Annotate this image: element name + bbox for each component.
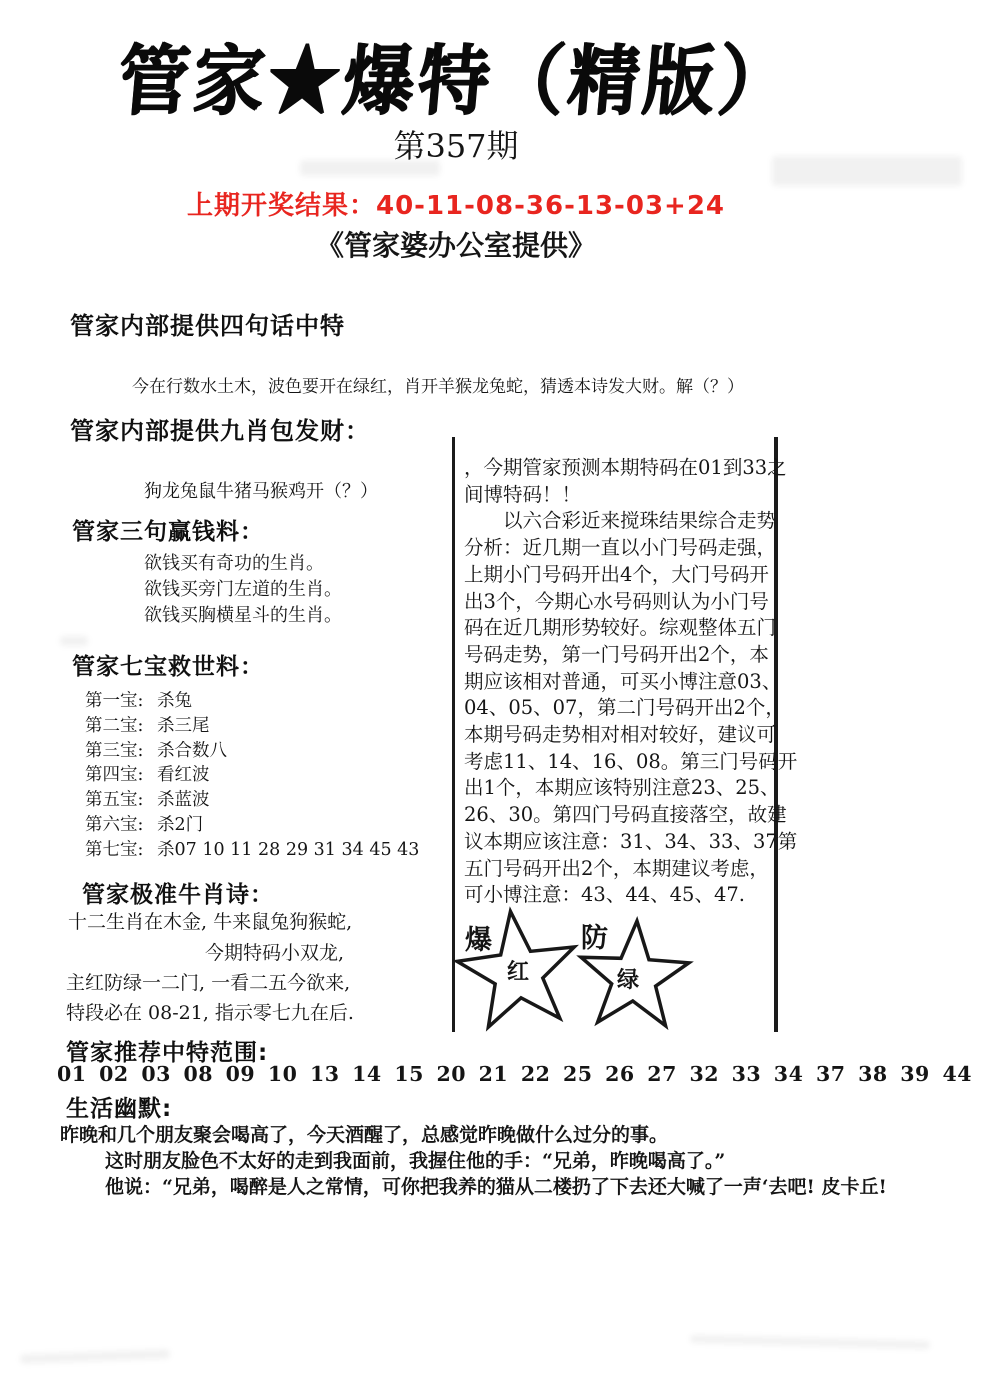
- nine-zodiac-line: 狗龙兔鼠牛猪马猴鸡开（？）: [144, 477, 378, 503]
- analysis-line: ，今期管家预测本期特码在01到33之: [464, 455, 770, 482]
- analysis-line: 26、30。第四门号码直接落空，故建: [464, 802, 770, 829]
- treasure-value: 杀2门: [157, 815, 203, 835]
- three-win-line: 欲钱买旁门左道的生肖。: [144, 577, 342, 603]
- analysis-line: 出3个，今期心水号码则认为小门号: [464, 589, 770, 616]
- analysis-line: 04、05、07，第二门号码开出2个，: [464, 695, 770, 722]
- treasure-label: 第二宝:: [85, 714, 157, 739]
- humor-lines: 昨晚和几个朋友聚会喝高了，今天酒醒了，总感觉昨晚做什么过分的事。这时朋友脸色不太…: [60, 1122, 887, 1200]
- ox-poem-line: 今期特码小双龙,: [205, 938, 344, 965]
- treasure-label: 第三宝:: [85, 739, 157, 764]
- section-heading-four-sentence: 管家内部提供四句话中特: [70, 306, 345, 341]
- treasure-label: 第六宝:: [85, 813, 157, 838]
- ox-poem-line: 特段必在 08-21, 指示零七九在后.: [66, 998, 354, 1025]
- section-heading-three-win: 管家三句赢钱料：: [72, 513, 264, 546]
- treasure-value: 看红波: [157, 765, 210, 785]
- three-win-lines: 欲钱买有奇功的生肖。欲钱买旁门左道的生肖。欲钱买胸横星斗的生肖。: [144, 551, 342, 629]
- treasure-row: 第七宝:杀07 10 11 28 29 31 34 45 43: [85, 838, 419, 863]
- treasure-row: 第四宝:看红波: [85, 763, 419, 788]
- warning-stars: 爆 红 防 绿: [450, 903, 750, 1040]
- scan-smudge: [60, 636, 88, 646]
- analysis-line: 五门号码开出2个，本期建议考虑，: [464, 856, 770, 883]
- last-draw-result: 上期开奖结果：40-11-08-36-13-03+24: [0, 185, 912, 222]
- treasure-label: 第五宝:: [85, 788, 157, 813]
- ox-poem-line: 主红防绿一二门, 一看二五今欲来,: [66, 968, 350, 995]
- star-label-red: 红: [507, 959, 529, 985]
- humor-line: 他说：“兄弟，喝醉是人之常情，可你把我养的猫从二楼扔了下去还大喊了一声‘去吧! …: [105, 1174, 887, 1200]
- analysis-line: 号码走势，第一门号码开出2个，本: [464, 642, 770, 669]
- star-label-burst: 爆: [464, 925, 492, 956]
- analysis-line: 出1个，本期应该特别注意23、25、: [464, 775, 770, 802]
- four-sentence-verse: 今在行数水土木，波色要开在绿红，肖开羊猴龙兔蛇，猜透本诗发大财。解（？）: [132, 372, 744, 397]
- humor-line: 昨晚和几个朋友聚会喝高了，今天酒醒了，总感觉昨晚做什么过分的事。: [60, 1122, 887, 1148]
- analysis-line: 本期号码走势相对相对较好，建议可: [464, 722, 770, 749]
- humor-line: 这时朋友脸色不太好的走到我面前，我握住他的手：“兄弟，昨晚喝高了。”: [105, 1148, 887, 1174]
- treasure-value: 杀07 10 11 28 29 31 34 45 43: [157, 840, 419, 860]
- treasure-value: 杀兔: [157, 691, 192, 711]
- treasure-row: 第一宝:杀兔: [85, 689, 419, 714]
- analysis-line: 考虑11、14、16、08。第三门号码开: [464, 749, 770, 776]
- treasure-row: 第三宝:杀合数八: [85, 739, 419, 764]
- treasure-row: 第二宝:杀三尾: [85, 714, 419, 739]
- analysis-line: 上期小门号码开出4个，大门号码开: [464, 562, 770, 589]
- scan-smudge: [690, 1335, 930, 1349]
- section-heading-seven-treasures: 管家七宝救世料：: [72, 648, 264, 681]
- three-win-line: 欲钱买胸横星斗的生肖。: [144, 603, 342, 629]
- section-heading-ox-poem: 管家极准牛肖诗：: [82, 876, 274, 909]
- analysis-line: 分析：近几期一直以小门号码走强，: [464, 535, 770, 562]
- analysis-line: 以六合彩近来搅珠结果综合走势: [464, 508, 770, 535]
- treasure-value: 杀合数八: [157, 741, 227, 761]
- star-label-green: 绿: [617, 967, 639, 993]
- three-win-line: 欲钱买有奇功的生肖。: [144, 551, 342, 577]
- section-heading-nine-zodiac: 管家内部提供九肖包发财：: [70, 411, 370, 446]
- star-label-guard: 防: [581, 923, 608, 954]
- treasure-label: 第一宝:: [85, 689, 157, 714]
- seven-treasures-list: 第一宝:杀兔 第二宝:杀三尾 第三宝:杀合数八 第四宝:看红波 第五宝:杀蓝波 …: [85, 689, 419, 863]
- analysis-line: 期应该相对普通，可买小博注意03、: [464, 669, 770, 696]
- treasure-value: 杀蓝波: [157, 790, 210, 810]
- treasure-label: 第七宝:: [85, 838, 157, 863]
- treasure-value: 杀三尾: [157, 716, 210, 736]
- ox-poem-line: 十二生肖在木金, 牛来鼠兔狗猴蛇,: [68, 907, 352, 934]
- section-heading-humor: 生活幽默:: [66, 1090, 172, 1123]
- treasure-label: 第四宝:: [85, 763, 157, 788]
- page-title: 管家★爆特（精版）: [0, 20, 917, 129]
- analysis-line: 码在近几期形势较好。综观整体五门: [464, 615, 770, 642]
- analysis-line: 议本期应该注意：31、34、33、37第: [464, 829, 770, 856]
- recommend-numbers: 01 02 03 08 09 10 13 14 15 20 21 22 25 2…: [57, 1062, 981, 1086]
- analysis-column: ，今期管家预测本期特码在01到33之间博特码！！ 以六合彩近来搅珠结果综合走势分…: [464, 455, 770, 909]
- treasure-row: 第五宝:杀蓝波: [85, 788, 419, 813]
- scanned-lottery-sheet: 管家★爆特（精版） 第357期 上期开奖结果：40-11-08-36-13-03…: [0, 0, 981, 1388]
- provider-line: 《管家婆办公室提供》: [0, 224, 912, 264]
- treasure-row: 第六宝:杀2门: [85, 813, 419, 838]
- issue-number: 第357期: [0, 121, 912, 167]
- analysis-line: 间博特码！！: [464, 482, 770, 509]
- scan-smudge: [20, 1349, 170, 1363]
